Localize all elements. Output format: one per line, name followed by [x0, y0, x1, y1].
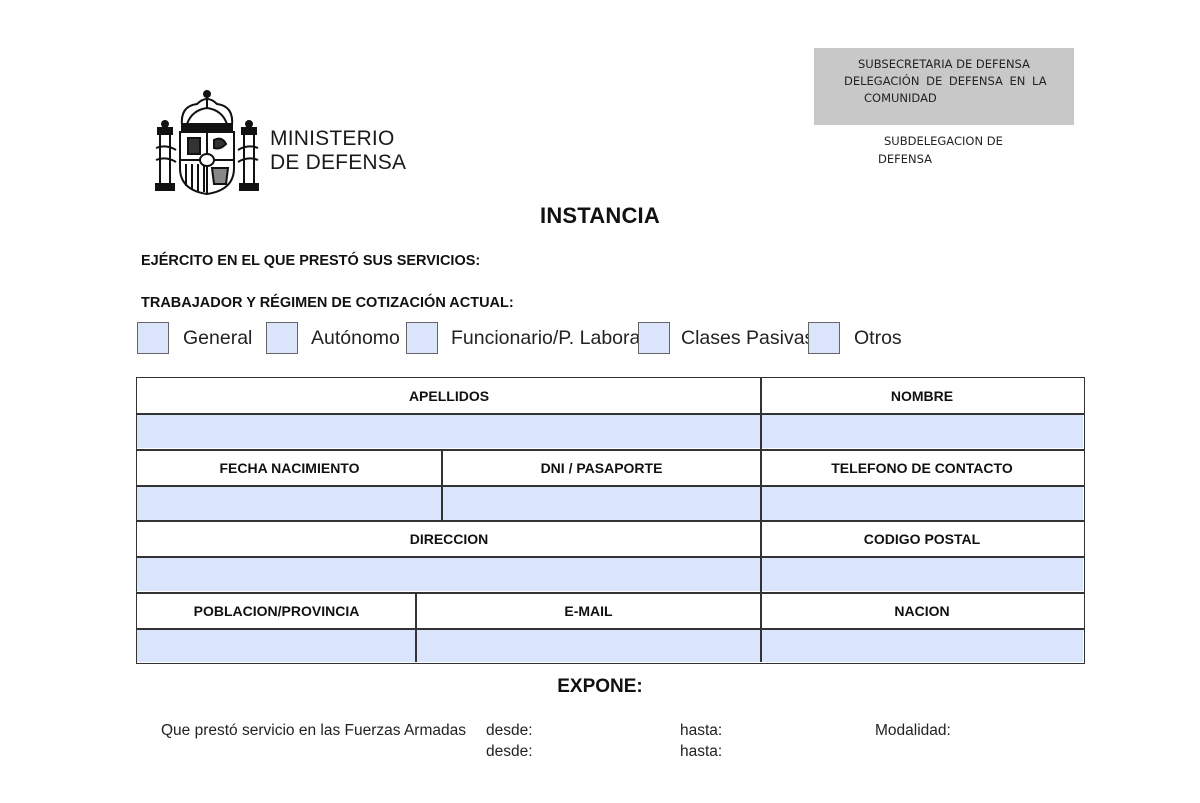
- divider: [441, 449, 443, 520]
- dni-field[interactable]: [443, 486, 760, 520]
- checkbox-label-clases-pasivas: Clases Pasivas: [681, 327, 814, 350]
- divider: [137, 556, 1084, 558]
- email-header: E-MAIL: [416, 593, 761, 628]
- checkbox-clases-pasivas[interactable]: [638, 322, 670, 354]
- fecha-nacimiento-field[interactable]: [137, 486, 441, 520]
- divider: [415, 592, 417, 662]
- page-title: INSTANCIA: [0, 203, 1200, 229]
- divider: [760, 378, 762, 662]
- checkbox-otros[interactable]: [808, 322, 840, 354]
- email-field[interactable]: [417, 629, 760, 662]
- nombre-header: NOMBRE: [761, 378, 1083, 413]
- subdelegation-line-2: DEFENSA: [878, 150, 932, 168]
- delegation-header-box: SUBSECRETARIA DE DEFENSA DELEGACIÓN DE D…: [814, 48, 1074, 125]
- box-line-3: COMUNIDAD: [864, 90, 937, 107]
- codigo-postal-field[interactable]: [762, 557, 1083, 591]
- checkbox-label-funcionario: Funcionario/P. Laboral: [451, 327, 645, 350]
- modalidad-label: Modalidad:: [875, 722, 951, 740]
- hasta-label-1: hasta:: [680, 722, 722, 740]
- service-text: Que prestó servicio en las Fuerzas Armad…: [161, 722, 466, 740]
- checkbox-label-autonomo: Autónomo: [311, 327, 400, 350]
- hasta-label-2: hasta:: [680, 743, 722, 761]
- divider: [137, 628, 1084, 630]
- apellidos-field[interactable]: [137, 414, 760, 448]
- expone-heading: EXPONE:: [0, 676, 1200, 698]
- dni-header: DNI / PASAPORTE: [442, 450, 761, 485]
- telefono-header: TELEFONO DE CONTACTO: [761, 450, 1083, 485]
- divider: [137, 520, 1084, 522]
- regime-label: TRABAJADOR Y RÉGIMEN DE COTIZACIÓN ACTUA…: [141, 295, 514, 311]
- divider: [137, 449, 1084, 451]
- divider: [137, 592, 1084, 594]
- direccion-field[interactable]: [137, 557, 760, 591]
- divider: [137, 485, 1084, 487]
- nacion-field[interactable]: [762, 629, 1083, 662]
- desde-label-1: desde:: [486, 722, 533, 740]
- box-line-2: DELEGACIÓN DE DEFENSA EN LA: [844, 73, 1047, 90]
- box-line-1: SUBSECRETARIA DE DEFENSA: [858, 56, 1030, 73]
- personal-data-form: APELLIDOS NOMBRE FECHA NACIMIENTO DNI / …: [136, 377, 1085, 664]
- coat-of-arms-icon: [152, 88, 262, 198]
- desde-label-2: desde:: [486, 743, 533, 761]
- divider: [137, 413, 1084, 415]
- checkbox-autonomo[interactable]: [266, 322, 298, 354]
- telefono-field[interactable]: [762, 486, 1083, 520]
- nombre-field[interactable]: [762, 414, 1083, 448]
- checkbox-label-otros: Otros: [854, 327, 902, 350]
- subdelegation-line-1: SUBDELEGACION DE: [884, 132, 1003, 150]
- codigo-postal-header: CODIGO POSTAL: [761, 521, 1083, 556]
- checkbox-funcionario[interactable]: [406, 322, 438, 354]
- ministry-name: MINISTERIO DE DEFENSA: [270, 127, 406, 175]
- army-label: EJÉRCITO EN EL QUE PRESTÓ SUS SERVICIOS:: [141, 253, 480, 269]
- fecha-nacimiento-header: FECHA NACIMIENTO: [137, 450, 442, 485]
- poblacion-field[interactable]: [137, 629, 415, 662]
- poblacion-header: POBLACION/PROVINCIA: [137, 593, 416, 628]
- nacion-header: NACION: [761, 593, 1083, 628]
- apellidos-header: APELLIDOS: [137, 378, 761, 413]
- checkbox-general[interactable]: [137, 322, 169, 354]
- checkbox-label-general: General: [183, 327, 252, 350]
- direccion-header: DIRECCION: [137, 521, 761, 556]
- ministry-line-2: DE DEFENSA: [270, 151, 406, 175]
- ministry-line-1: MINISTERIO: [270, 127, 406, 151]
